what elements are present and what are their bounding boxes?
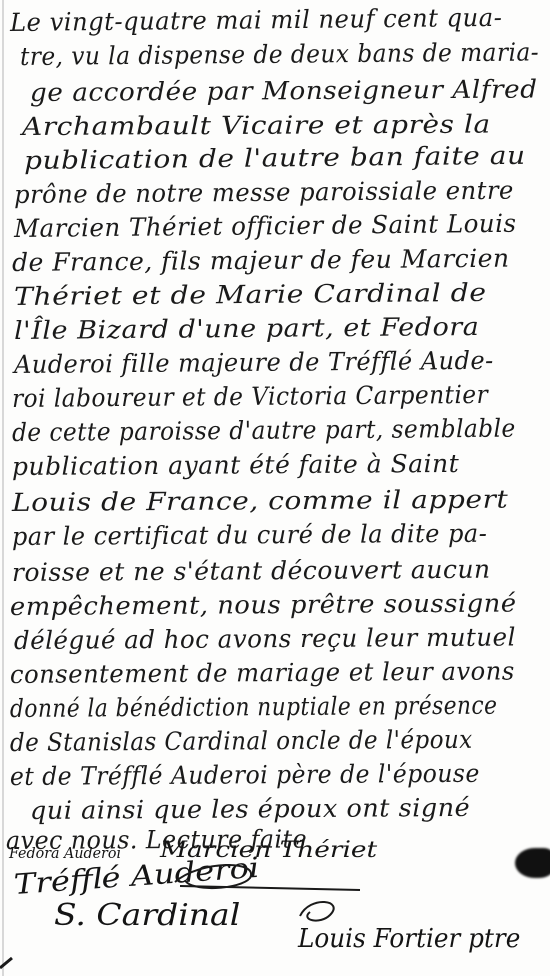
ink-blot [515,848,550,878]
signature-flourish [0,0,550,976]
document-page: Le vingt-quatre mai mil neuf cent qua- t… [0,0,550,976]
